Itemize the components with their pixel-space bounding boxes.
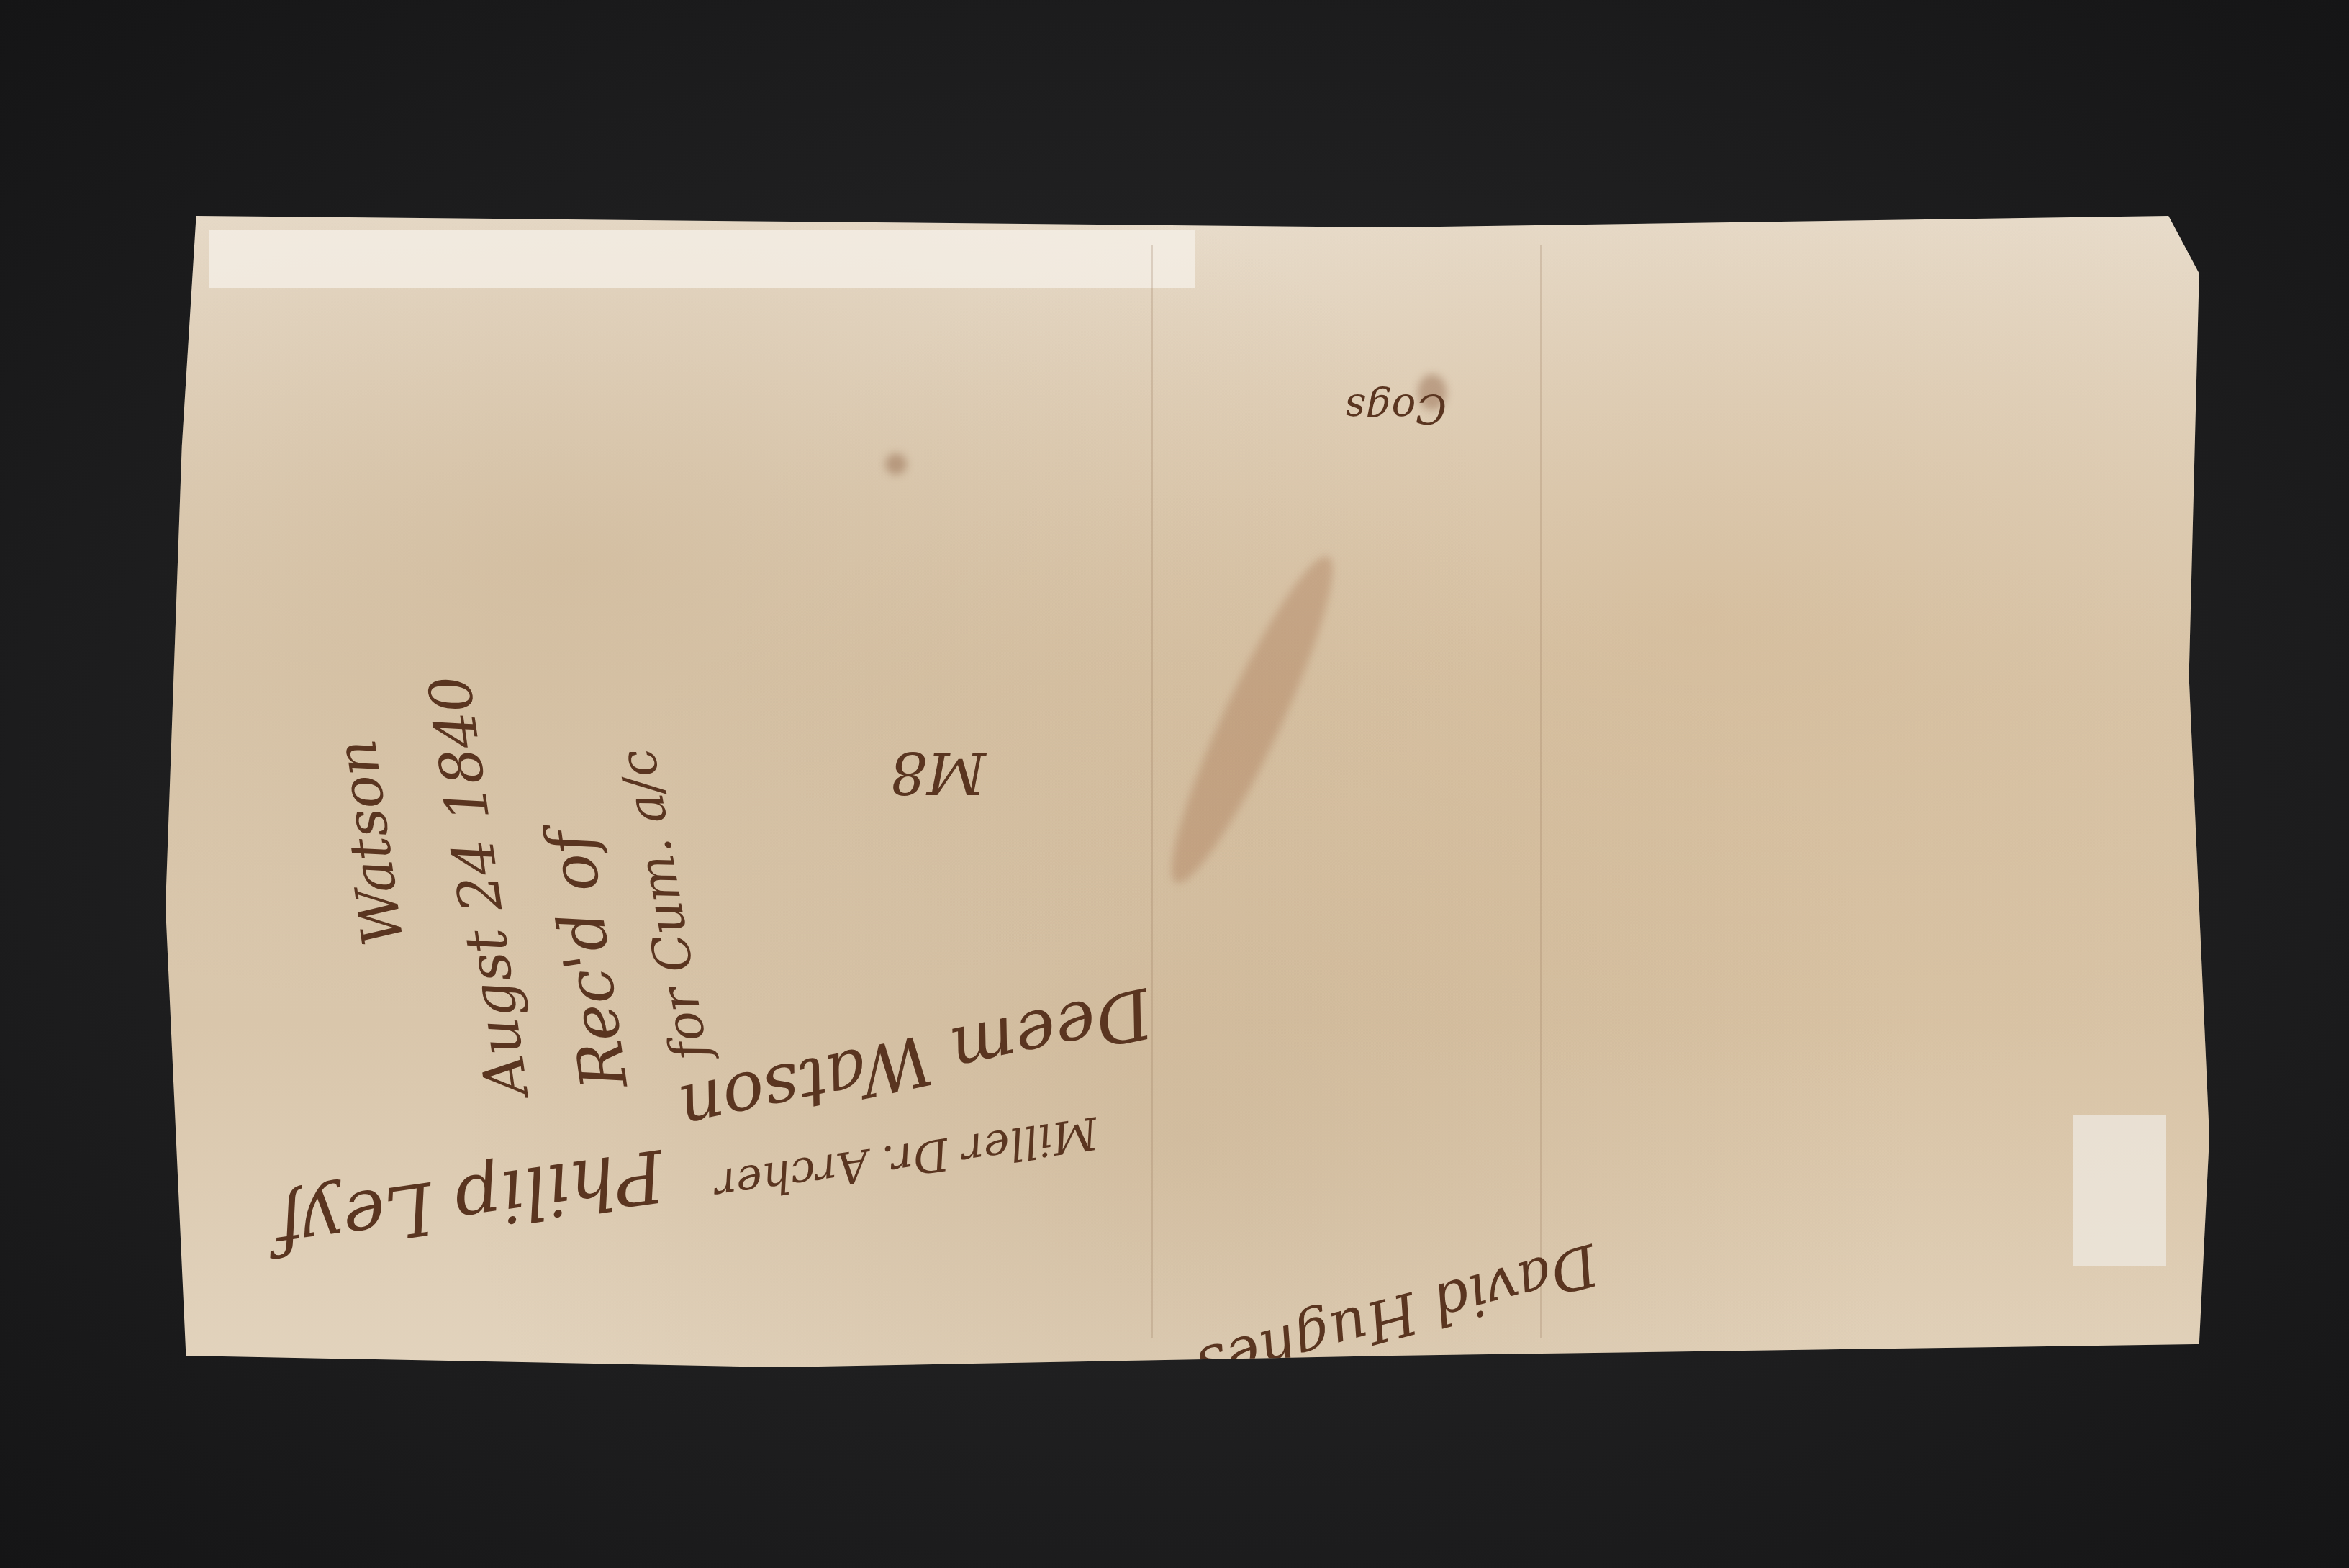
inscription-name: Watson (324, 735, 417, 950)
inscription-bottom-3: Philip Leyf (271, 1133, 669, 1270)
paper-patch (2073, 1115, 2166, 1266)
inscription-mark: M8 (890, 739, 986, 806)
banknote-paper: Watson Augst 24 1840 Rec'd of for Cum. a… (166, 216, 2209, 1367)
ink-stain (1150, 545, 1354, 895)
inscription-date: Augst 24 1840 (416, 671, 541, 1101)
inscription-code: Cogs (1345, 385, 1447, 432)
inscription-received: Rec'd of (533, 826, 642, 1094)
fold-line (1540, 245, 1542, 1338)
ink-stain (885, 453, 907, 475)
tape-strip (209, 230, 1195, 288)
fold-line (1151, 245, 1153, 1338)
